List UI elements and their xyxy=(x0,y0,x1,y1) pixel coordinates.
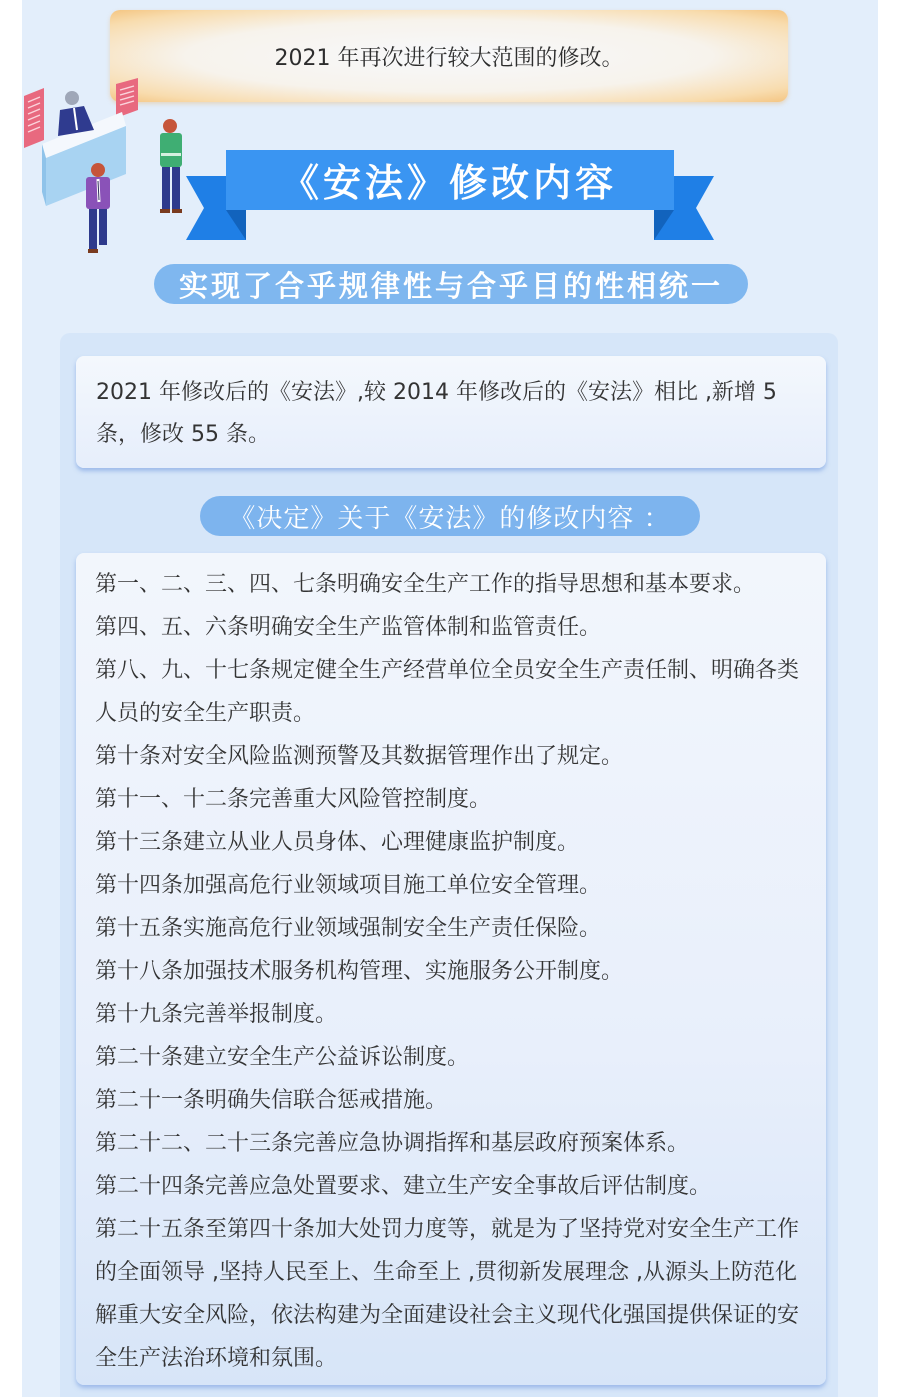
amendments-list-card: 第一、二、三、四、七条明确安全生产工作的指导思想和基本要求。 第四、五、六条明确… xyxy=(76,553,826,1385)
list-item: 第十条对安全风险监测预警及其数据管理作出了规定。 xyxy=(95,735,810,778)
list-item: 第十四条加强高危行业领域项目施工单位安全管理。 xyxy=(95,864,810,907)
list-item: 第八、九、十七条规定健全生产经营单位全员安全生产责任制、明确各类人员的安全生产职… xyxy=(95,649,810,735)
list-item: 第一、二、三、四、七条明确安全生产工作的指导思想和基本要求。 xyxy=(95,563,810,606)
list-item: 第四、五、六条明确安全生产监管体制和监管责任。 xyxy=(95,606,810,649)
list-item: 第二十五条至第四十条加大处罚力度等，就是为了坚持党对安全生产工作的全面领导 ,坚… xyxy=(95,1208,810,1380)
document-icon xyxy=(116,78,138,118)
list-item: 第十九条完善举报制度。 xyxy=(95,993,810,1036)
summary-text: 2021 年修改后的《安法》,较 2014 年修改后的《安法》相比 ,新增 5 … xyxy=(96,372,808,456)
amendments-list: 第一、二、三、四、七条明确安全生产工作的指导思想和基本要求。 第四、五、六条明确… xyxy=(76,553,826,1380)
ribbon-title: 《安法》修改内容 xyxy=(226,150,672,208)
list-item: 第十五条实施高危行业领域强制安全生产责任保险。 xyxy=(95,907,810,950)
list-item: 第十三条建立从业人员身体、心理健康监护制度。 xyxy=(95,821,810,864)
list-item: 第十八条加强技术服务机构管理、实施服务公开制度。 xyxy=(95,950,810,993)
document-icon xyxy=(24,88,44,148)
list-item: 第二十一条明确失信联合惩戒措施。 xyxy=(95,1079,810,1122)
list-item: 第二十二、二十三条完善应急协调指挥和基层政府预案体系。 xyxy=(95,1122,810,1165)
summary-card: 2021 年修改后的《安法》,较 2014 年修改后的《安法》相比 ,新增 5 … xyxy=(76,356,826,468)
subtitle-pill: 实现了合乎规律性与合乎目的性相统一 xyxy=(154,264,748,304)
list-item: 第十一、十二条完善重大风险管控制度。 xyxy=(95,778,810,821)
list-item: 第二十四条完善应急处置要求、建立生产安全事故后评估制度。 xyxy=(95,1165,810,1208)
section-title-pill: 《决定》关于《安法》的修改内容 ： xyxy=(200,496,700,536)
list-item: 第二十条建立安全生产公益诉讼制度。 xyxy=(95,1036,810,1079)
